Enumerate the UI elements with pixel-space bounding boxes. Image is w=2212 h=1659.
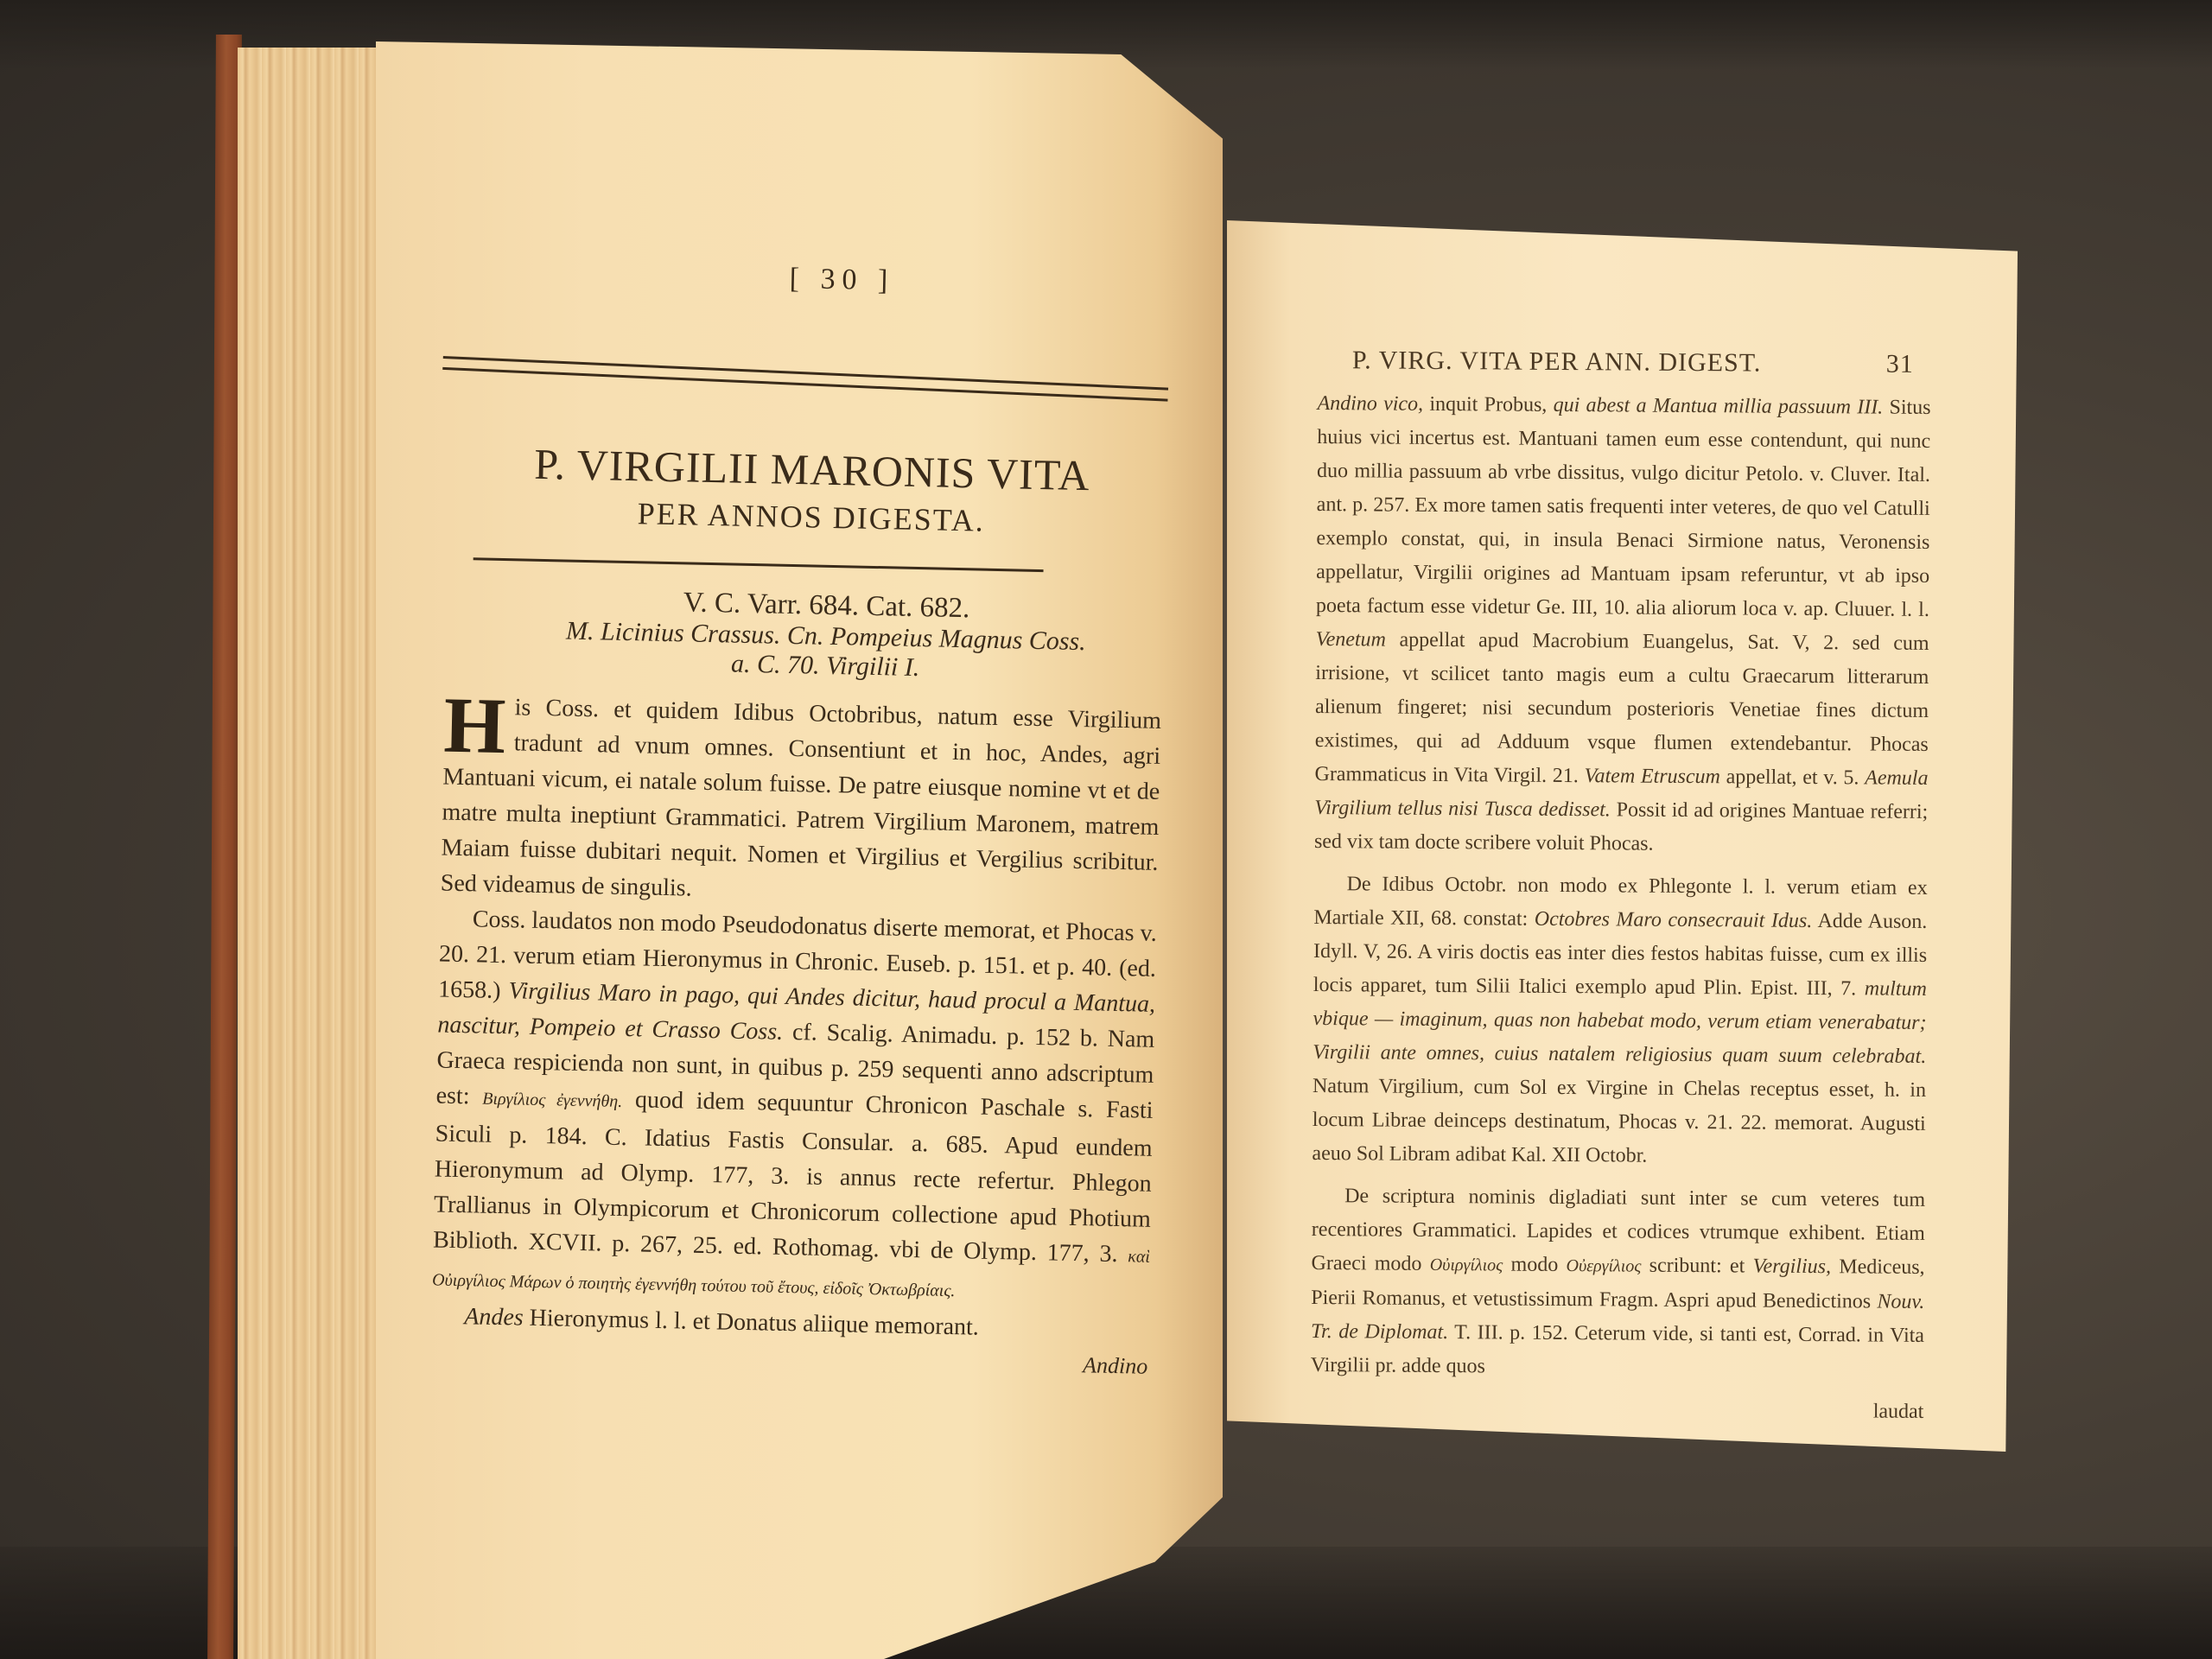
- right-body-text: Andino vico, inquit Probus, qui abest a …: [1310, 387, 1930, 1429]
- paragraph-3: De scriptura nominis digladiati sunt int…: [1311, 1179, 1926, 1387]
- paragraph-2: Coss. laudatos non modo Pseudodonatus di…: [432, 901, 1157, 1313]
- drop-cap: H: [443, 690, 506, 760]
- page-title: P. VIRGILII MARONIS VITA: [448, 439, 1175, 502]
- italic-quote: qui abest a Mantua millia passuum III.: [1554, 394, 1884, 419]
- right-page: P. VIRG. VITA PER ANN. DIGEST. 31 Andino…: [1227, 220, 2018, 1452]
- body-text: appellat apud Macrobium Euangelus, Sat. …: [1314, 629, 1929, 787]
- italic-text: Vatem Etruscum: [1584, 765, 1720, 788]
- paragraph-1-text: is Coss. et quidem Idibus Octobribus, na…: [440, 694, 1161, 901]
- italic-text: Venetum: [1316, 628, 1386, 652]
- italic-text: Andino vico,: [1317, 392, 1423, 416]
- page-number: 31: [1886, 350, 1914, 379]
- paragraph-2-cont2: quod idem sequuntur Chronicon Paschale s…: [433, 1086, 1154, 1268]
- body-text: inquit Probus,: [1429, 393, 1547, 416]
- double-rule-divider: [442, 356, 1168, 402]
- book-binding-edge: [207, 35, 242, 1659]
- greek-quote: Βιργίλιος ἐγεννήθη.: [482, 1090, 622, 1111]
- page-number: [ 30 ]: [513, 257, 1171, 303]
- running-head-title: P. VIRG. VITA PER ANN. DIGEST.: [1352, 346, 1762, 378]
- italic-quote: Octobres Maro consecrauit Idus.: [1535, 908, 1813, 932]
- greek-word: Οὐεργίλιος: [1566, 1256, 1641, 1276]
- body-text: Situs huius vici incertus est. Mantuani …: [1316, 397, 1931, 621]
- left-page-content: [ 30 ] P. VIRGILII MARONIS VITA PER ANNO…: [525, 257, 1171, 1384]
- page-block-edges: [238, 48, 376, 1659]
- catchword: laudat: [1310, 1391, 1923, 1429]
- body-text: scribunt: et: [1649, 1255, 1745, 1278]
- paragraph-1: His Coss. et quidem Idibus Octobribus, n…: [440, 689, 1161, 916]
- rule-divider: [474, 557, 1044, 572]
- right-page-content: P. VIRG. VITA PER ANN. DIGEST. 31 Andino…: [1310, 346, 1931, 1429]
- body-text: Natum Virgilium, cum Sol ex Virgine in C…: [1312, 1075, 1926, 1167]
- paragraph-2: De Idibus Octobr. non modo ex Phlegonte …: [1312, 868, 1927, 1175]
- italic-text: Vergilius,: [1752, 1255, 1831, 1279]
- running-head: P. VIRG. VITA PER ANN. DIGEST. 31: [1352, 346, 1914, 379]
- left-body-text: His Coss. et quidem Idibus Octobribus, n…: [430, 689, 1161, 1384]
- left-page: [ 30 ] P. VIRGILII MARONIS VITA PER ANNO…: [376, 41, 1223, 1659]
- italic-lead: Andes: [464, 1303, 524, 1331]
- body-text: appellat, et v. 5.: [1726, 766, 1859, 789]
- greek-word: Οὐιργίλιος: [1430, 1255, 1503, 1275]
- body-text: modo: [1511, 1254, 1559, 1276]
- paragraph-1: Andino vico, inquit Probus, qui abest a …: [1314, 387, 1931, 863]
- paragraph-3-text: Hieronymus l. l. et Donatus aliique memo…: [529, 1305, 979, 1341]
